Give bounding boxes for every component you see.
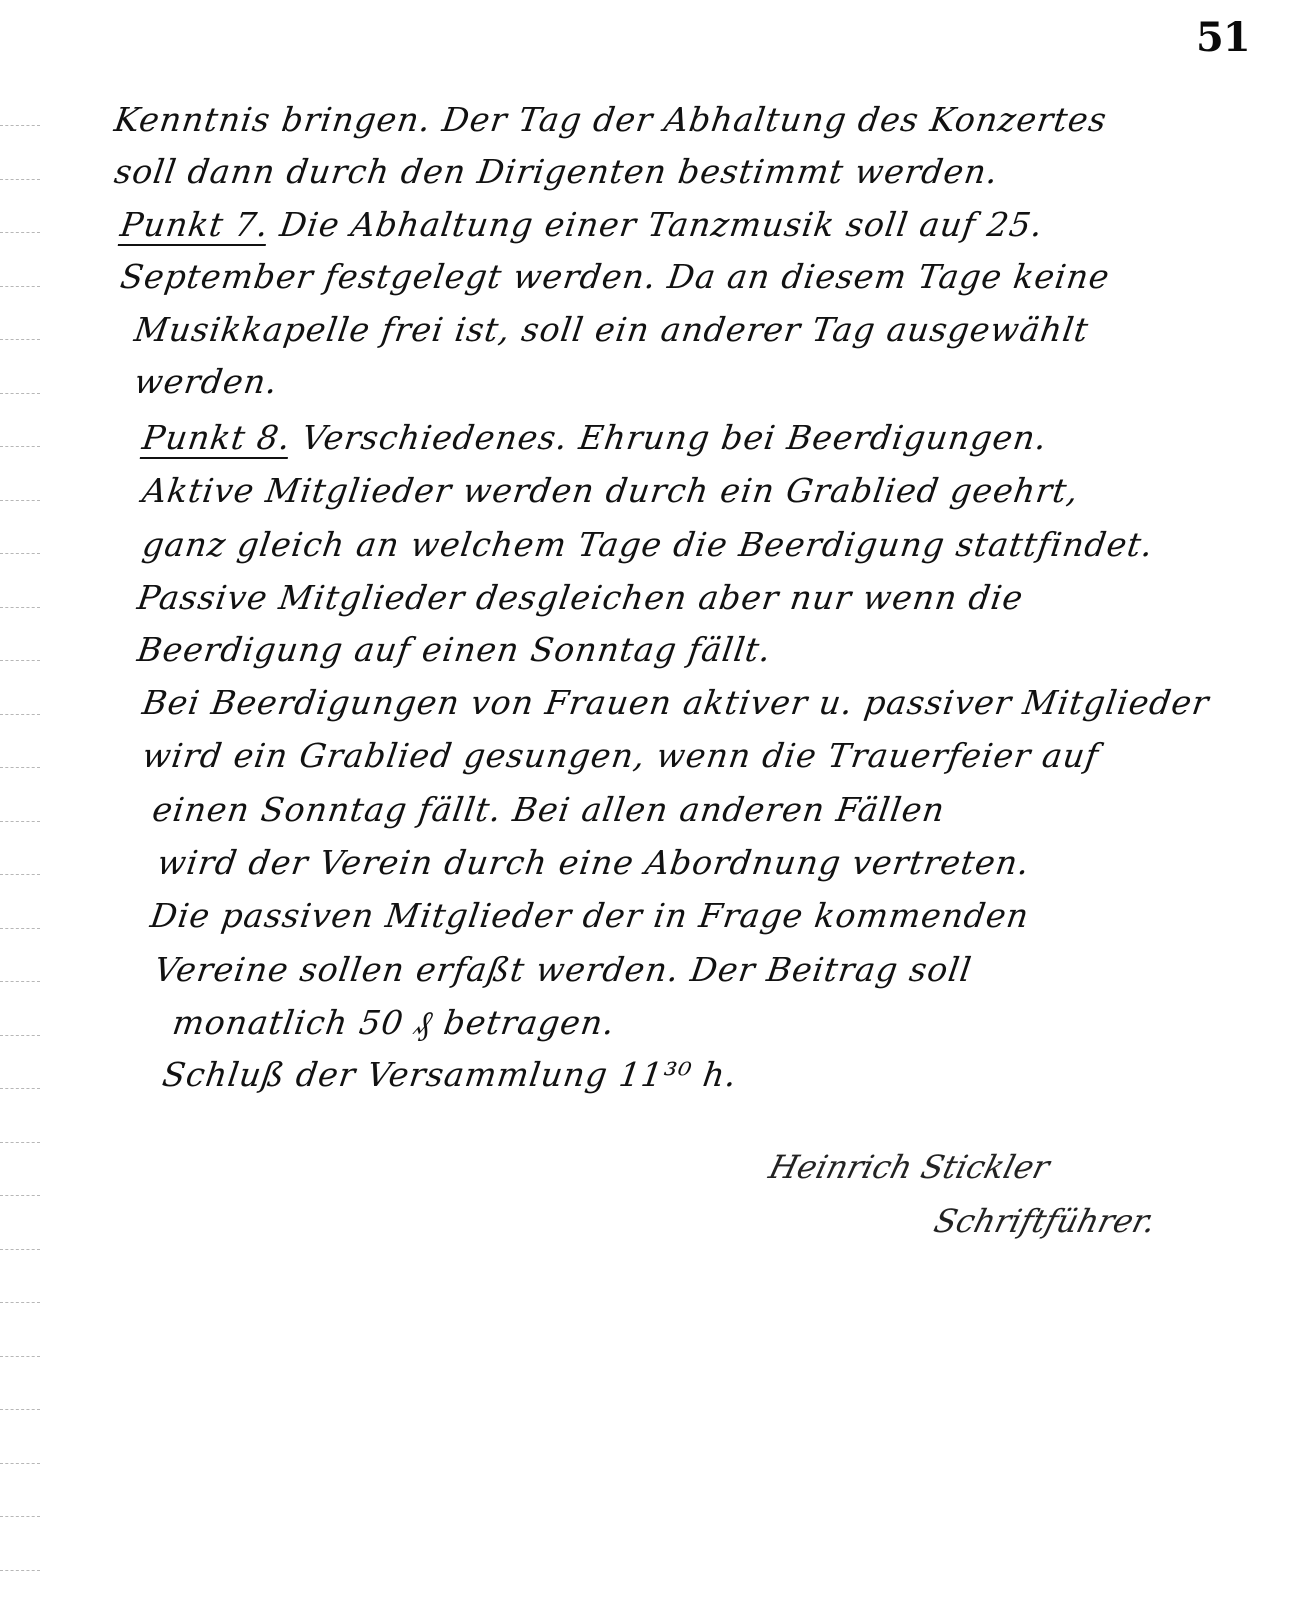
line-text: ganz gleich an welchem Tage die Beerdigu… [140, 525, 1156, 564]
text-line: Kenntnis bringen. Der Tag der Abhaltung … [112, 100, 1109, 139]
ruling-mark [0, 1463, 40, 1465]
ruling-mark [0, 1142, 40, 1144]
ruling-mark [0, 981, 40, 983]
manuscript-page: 51 Kenntnis bringen. Der Tag der Abhaltu… [0, 0, 1309, 1600]
line-text: Schluß der Versammlung 11³⁰ h. [160, 1055, 740, 1094]
line-text: wird der Verein durch eine Abordnung ver… [155, 843, 1032, 882]
line-text: Vereine sollen erfaßt werden. Der Beitra… [152, 950, 974, 989]
ruling-mark [0, 607, 40, 609]
ruling-mark [0, 928, 40, 930]
agenda-item-heading: Punkt 8. [140, 418, 293, 457]
signature-title: Schriftführer. [930, 1202, 1159, 1240]
line-text: wird ein Grablied gesungen, wenn die Tra… [140, 736, 1101, 775]
ruling-mark [0, 1409, 40, 1411]
ruling-mark [0, 393, 40, 395]
text-line: werden. [132, 362, 280, 401]
line-text: Passive Mitglieder desgleichen aber nur … [135, 578, 1026, 617]
text-line: wird ein Grablied gesungen, wenn die Tra… [140, 736, 1101, 775]
ruling-mark [0, 339, 40, 341]
ruling-mark [0, 660, 40, 662]
text-line: Punkt 8. Verschiedenes. Ehrung bei Beerd… [140, 418, 1050, 457]
text-line: Bei Beerdigungen von Frauen aktiver u. p… [140, 683, 1212, 722]
ruling-mark [0, 1570, 40, 1572]
text-line: September festgelegt werden. Da an diese… [118, 257, 1112, 296]
ruling-mark [0, 446, 40, 448]
ruling-mark [0, 1195, 40, 1197]
line-text: Aktive Mitglieder werden durch ein Grabl… [140, 471, 1081, 510]
line-text: Die Abhaltung einer Tanzmusik soll auf 2… [266, 205, 1046, 244]
text-line: wird der Verein durch eine Abordnung ver… [155, 843, 1032, 882]
line-text: soll dann durch den Dirigenten bestimmt … [112, 152, 1001, 191]
ruling-mark [0, 179, 40, 181]
ruling-mark [0, 1302, 40, 1304]
ruling-mark [0, 767, 40, 769]
line-text: Bei Beerdigungen von Frauen aktiver u. p… [140, 683, 1212, 722]
text-line: Schluß der Versammlung 11³⁰ h. [160, 1055, 740, 1094]
text-line: Passive Mitglieder desgleichen aber nur … [135, 578, 1026, 617]
text-line: ganz gleich an welchem Tage die Beerdigu… [140, 525, 1156, 564]
agenda-item-heading: Punkt 7. [118, 205, 271, 244]
ruling-mark [0, 500, 40, 502]
line-text: Beerdigung auf einen Sonntag fällt. [135, 630, 774, 669]
ruling-mark [0, 1356, 40, 1358]
ruling-mark [0, 1249, 40, 1251]
text-line: monatlich 50 ₰ betragen. [170, 1003, 618, 1043]
text-line: Aktive Mitglieder werden durch ein Grabl… [140, 471, 1081, 510]
text-line: soll dann durch den Dirigenten bestimmt … [112, 152, 1001, 191]
text-line: Vereine sollen erfaßt werden. Der Beitra… [152, 950, 974, 989]
ruling-mark [0, 714, 40, 716]
ruling-mark [0, 874, 40, 876]
line-text: monatlich 50 ₰ betragen. [170, 1003, 617, 1042]
ruling-mark [0, 286, 40, 288]
line-text: Musikkapelle frei ist, soll ein anderer … [132, 310, 1091, 349]
ruling-mark [0, 125, 40, 127]
text-line: Die passiven Mitglieder der in Frage kom… [148, 896, 1032, 935]
text-line: Beerdigung auf einen Sonntag fällt. [135, 630, 774, 669]
line-text: September festgelegt werden. Da an diese… [118, 257, 1112, 296]
ruling-mark [0, 232, 40, 234]
ruling-mark [0, 821, 40, 823]
ruling-mark [0, 1516, 40, 1518]
line-text: Die passiven Mitglieder der in Frage kom… [148, 896, 1032, 935]
text-line: Punkt 7. Die Abhaltung einer Tanzmusik s… [118, 205, 1046, 244]
line-text: einen Sonntag fällt. Bei allen anderen F… [150, 790, 948, 829]
ruling-mark [0, 553, 40, 555]
text-line: Musikkapelle frei ist, soll ein anderer … [132, 310, 1091, 349]
signature-name: Heinrich Stickler [765, 1148, 1053, 1186]
line-text: Verschiedenes. Ehrung bei Beerdigungen. [288, 418, 1050, 457]
ruling-mark [0, 1088, 40, 1090]
line-text: Kenntnis bringen. Der Tag der Abhaltung … [112, 100, 1109, 139]
page-number: 51 [1196, 14, 1250, 61]
line-text: werden. [132, 362, 280, 401]
text-line: einen Sonntag fällt. Bei allen anderen F… [150, 790, 948, 829]
ruling-mark [0, 1035, 40, 1037]
